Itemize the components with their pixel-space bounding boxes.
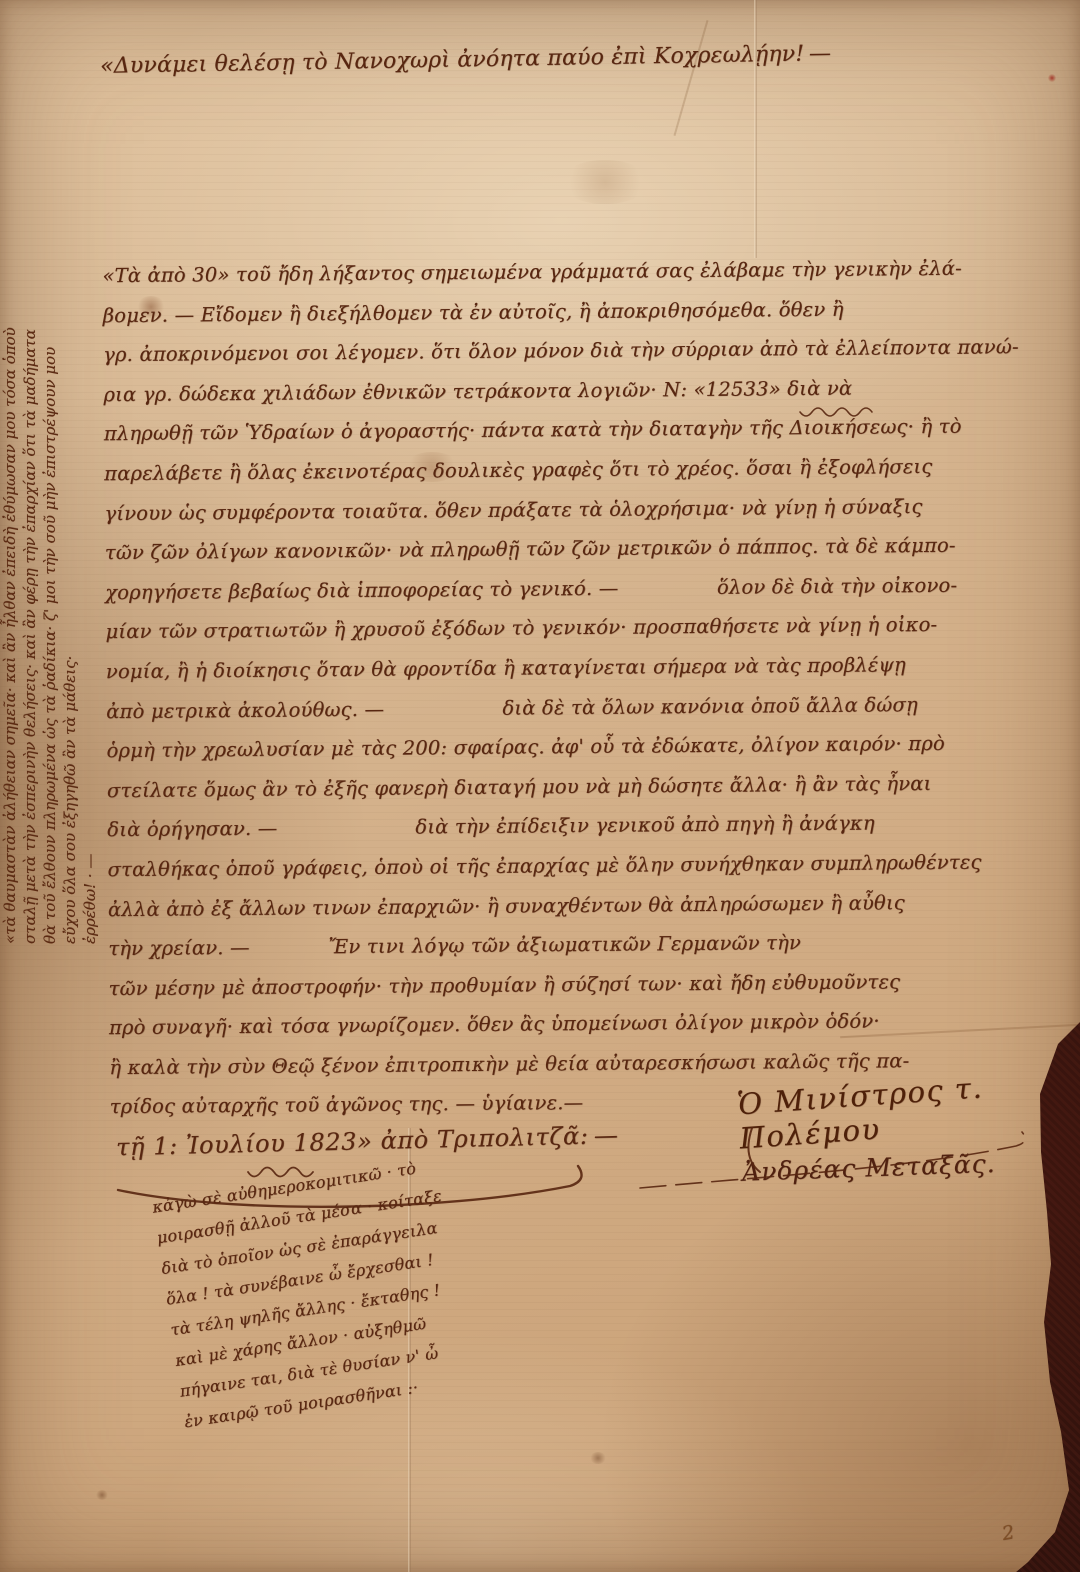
scanned-letter: «Δυνάμει θελέσῃ τὸ Νανοχωρὶ ἀνόητα παύο …	[0, 0, 1080, 1572]
margin-text-line: θὰ τοῦ ἔλθουν πληρωμένα ὡς τὰ ῥαδίκια· ζ…	[40, 0, 60, 944]
body-text-line: μίαν τῶν στρατιωτῶν ἢ χρυσοῦ ἐξόδων τὸ γ…	[105, 604, 1063, 652]
red-speck	[1048, 74, 1056, 82]
postscript-block: κἀγὼ σὲ αὐθημεροκομιτικῶ · τὸμοιρασθῇ ἀλ…	[150, 1130, 602, 1437]
body-text-line: σταλθήκας ὁποῦ γράφεις, ὁποὺ οἱ τῆς ἐπαρ…	[107, 842, 1065, 890]
signature-name: Ἀνδρέας Μεταξᾶς.	[742, 1146, 1073, 1186]
stain	[560, 160, 650, 204]
paper-sheet: «Δυνάμει θελέσῃ τὸ Νανοχωρὶ ἀνόητα παύο …	[0, 0, 1080, 1572]
header-line: «Δυνάμει θελέσῃ τὸ Νανοχωρὶ ἀνόητα παύο …	[100, 38, 1000, 79]
body-text-line: «Τὰ ἀπὸ 30» τοῦ ἤδη λήξαντος σημειωμένα …	[102, 248, 1060, 296]
crease-line	[754, 0, 757, 258]
margin-note-text: «τὰ θαυμαστὰν ἀλήθειαν σημεῖα· καὶ ἂν ἦλ…	[0, 0, 106, 944]
stain	[96, 1490, 108, 1500]
margin-text-line: σταλῇ μετὰ τὴν ἐσπερινὴν θελήσεις· καὶ ἂ…	[20, 0, 40, 944]
stain	[590, 1452, 606, 1464]
margin-note: «τὰ θαυμαστὰν ἀλήθειαν σημεῖα· καὶ ἂν ἦλ…	[0, 0, 106, 944]
margin-text-line: ἐρρέθω! · —	[80, 0, 100, 944]
margin-text-line: εὔχου ὅλα σου ἐξηγηθῶ ἂν τὰ μάθεις·	[60, 0, 80, 944]
letter-body: «Τὰ ἀπὸ 30» τοῦ ἤδη λήξαντος σημειωμένα …	[102, 248, 1068, 1127]
page-numeral: 2	[1000, 1521, 1016, 1545]
margin-text-line: «τὰ θαυμαστὰν ἀλήθειαν σημεῖα· καὶ ἂν ἦλ…	[0, 0, 20, 944]
body-text-line: γρ. ἀποκρινόμενοι σοι λέγομεν. ὅτι ὅλον …	[103, 327, 1061, 375]
crease-line	[674, 20, 709, 136]
